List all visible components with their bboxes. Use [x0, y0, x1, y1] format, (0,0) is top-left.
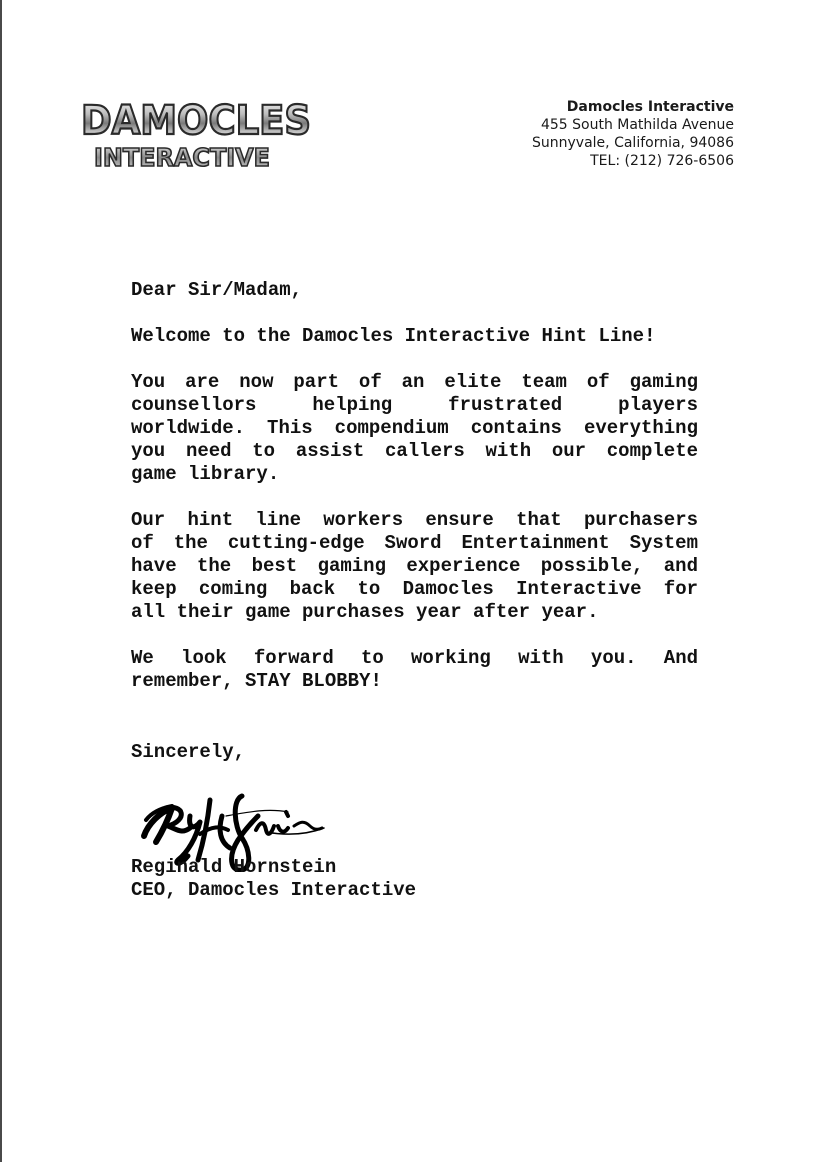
paragraph-line: keep coming back to Damocles Interactive… — [131, 578, 698, 601]
paragraph-line: of the cutting-edge Sword Entertainment … — [131, 532, 698, 555]
paragraph-line: Our hint line workers ensure that purcha… — [131, 509, 698, 532]
welcome-line: Welcome to the Damocles Interactive Hint… — [131, 325, 698, 348]
letterhead-phone: TEL: (212) 726-6506 — [532, 152, 734, 170]
valediction: Sincerely, — [131, 741, 245, 764]
paragraph-intro: You are now part of an elite team of gam… — [131, 371, 698, 486]
paragraph-line: worldwide. This compendium contains ever… — [131, 417, 698, 440]
signer-title: CEO, Damocles Interactive — [131, 879, 416, 902]
paragraph-line: We look forward to working with you. And — [131, 647, 698, 670]
letterhead-address: Damocles Interactive 455 South Mathilda … — [532, 98, 734, 170]
salutation: Dear Sir/Madam, — [131, 279, 698, 302]
paragraph-line: remember, STAY BLOBBY! — [131, 670, 698, 693]
signer-name: Reginald Hornstein — [131, 856, 416, 879]
letterhead-street: 455 South Mathilda Avenue — [532, 116, 734, 134]
letterhead-company: Damocles Interactive — [532, 98, 734, 116]
paragraph-line: you need to assist callers with our comp… — [131, 440, 698, 463]
company-logo: DAMOCLES INTERACTIVE — [78, 96, 314, 170]
logo-wordmark-interactive: INTERACTIVE — [94, 143, 270, 170]
paragraph-line: all their game purchases year after year… — [131, 601, 698, 624]
signer-block: Reginald Hornstein CEO, Damocles Interac… — [131, 856, 416, 902]
paragraph-closing-remark: We look forward to working with you. And… — [131, 647, 698, 693]
page-left-border — [0, 0, 2, 1162]
paragraph-line: counsellors helping frustrated players — [131, 394, 698, 417]
paragraph-line: You are now part of an elite team of gam… — [131, 371, 698, 394]
paragraph-line: have the best gaming experience possible… — [131, 555, 698, 578]
paragraph-mission: Our hint line workers ensure that purcha… — [131, 509, 698, 624]
letterhead-city: Sunnyvale, California, 94086 — [532, 134, 734, 152]
logo-wordmark-damocles: DAMOCLES — [81, 98, 311, 144]
paragraph-line: game library. — [131, 463, 698, 486]
letter-body: Dear Sir/Madam, Welcome to the Damocles … — [131, 279, 698, 716]
